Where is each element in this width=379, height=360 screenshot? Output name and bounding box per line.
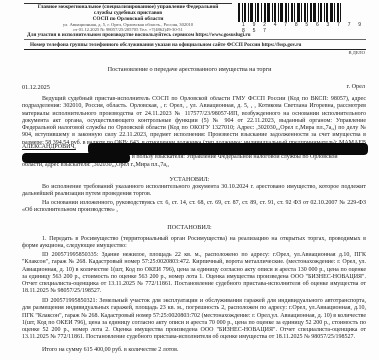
creditor-address: области, адрес взыскателя: ,302030,,,Оре…	[22, 162, 366, 169]
document-city: г. Орел	[347, 83, 365, 90]
resolved-heading: ПОСТАНОВИЛ:	[0, 224, 379, 231]
creditor-line: в пользу взыскателя: Управление Федераль…	[132, 154, 366, 162]
total-line: Итого на сумму 615 400,00 руб. в количес…	[22, 347, 366, 354]
document-title: Постановление о передаче арестованного и…	[0, 66, 379, 73]
lot-item-2: ID 200571995850321: Земельный участок дл…	[22, 298, 366, 342]
intro-text: Ведущий судебный пристав-исполнитель СОС…	[22, 96, 366, 144]
header-divider-bold	[24, 49, 366, 50]
phone-note: Номер телефона группы телефонного обслуж…	[30, 42, 370, 48]
intro-paragraph: Ведущий судебный пристав-исполнитель СОС…	[22, 96, 366, 144]
filing-stamp: В ДЕЛО	[348, 50, 365, 55]
issuing-organization: Главное межрегиональное (специализирован…	[24, 4, 232, 32]
document-date: 01.12.2025	[22, 84, 50, 91]
established-paragraph-1: Во исполнение требований указанного испо…	[22, 184, 366, 199]
barcode-icon	[238, 3, 366, 22]
established-paragraph-2: На основании изложенного, руководствуясь…	[22, 200, 366, 215]
established-heading: УСТАНОВИЛ:	[0, 176, 379, 183]
header-divider	[24, 39, 366, 40]
gosuslugi-note: Для участия в исполнительном производств…	[27, 32, 367, 38]
document-page: Главное межрегиональное (специализирован…	[0, 0, 379, 360]
lot-item-1: ID 200571995850335: Здание нежилое, площ…	[22, 252, 366, 296]
resolved-paragraph-1: 1. Передать в Росимущество (территориаль…	[22, 236, 366, 251]
